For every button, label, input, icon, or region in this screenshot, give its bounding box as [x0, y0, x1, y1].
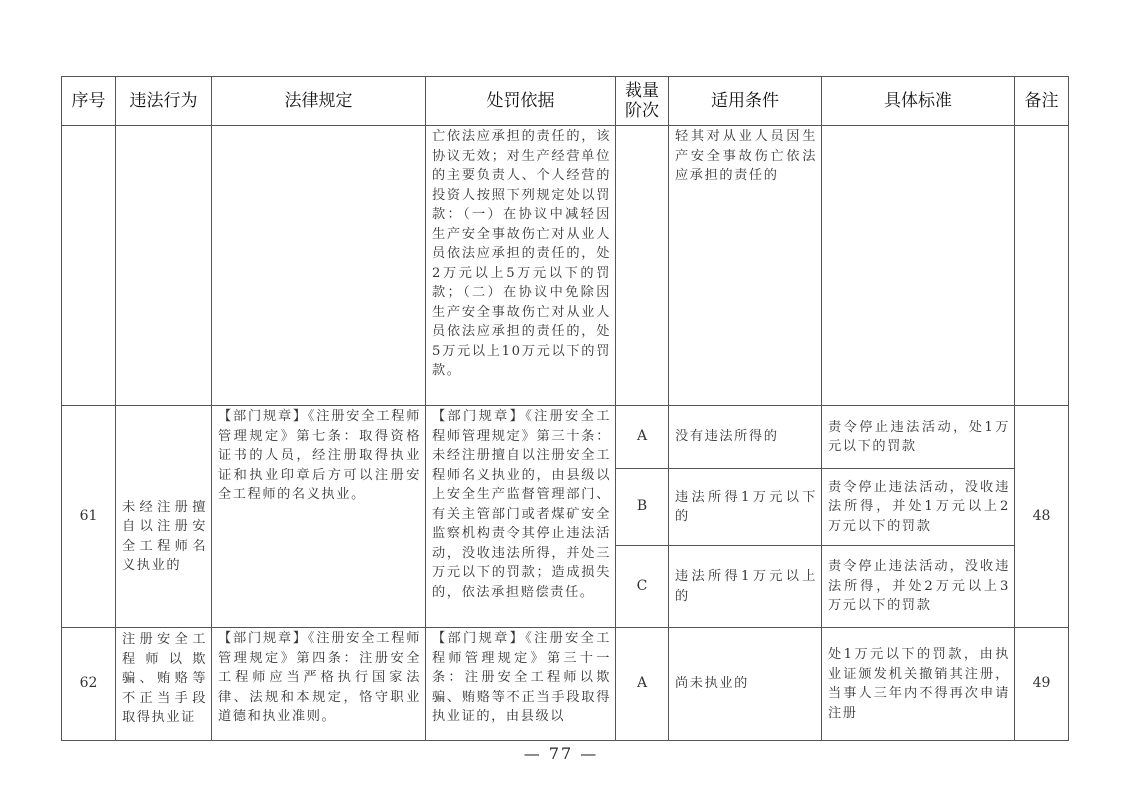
standard-text: 责令停止违法活动，没收违法所得，并处1万元以上2万元以下的罚款 [822, 478, 1014, 537]
violation-text: 未经注册擅自以注册安全工程师名义执业的 [116, 458, 211, 576]
cell-regulation: 【部门规章】《注册安全工程师管理规定》第四条：注册安全工程师应当严格执行国家法律… [212, 628, 426, 741]
cell-basis: 【部门规章】《注册安全工程师管理规定》第三十条：未经注册擅自以注册安全工程师名义… [426, 406, 616, 628]
cell-level-b: B [616, 469, 669, 546]
table-row-61: 61 未经注册擅自以注册安全工程师名义执业的 【部门规章】《注册安全工程师管理规… [62, 406, 1069, 469]
cell-basis: 【部门规章】《注册安全工程师管理规定》第三十一条：注册安全工程师以欺骗、贿赂等不… [426, 628, 616, 741]
condition-text: 违法所得1万元以下的 [669, 488, 821, 527]
cell-condition-a: 尚未执业的 [669, 628, 822, 741]
cell-condition-b: 违法所得1万元以下的 [669, 469, 822, 546]
cell-basis: 亡依法应承担的责任的，该协议无效；对生产经营单位的主要负责人、个人经营的投资人按… [426, 126, 616, 406]
standard-text: 责令停止违法活动，处1万元以下的罚款 [822, 418, 1014, 457]
table-row-continuation: 亡依法应承担的责任的，该协议无效；对生产经营单位的主要负责人、个人经营的投资人按… [62, 126, 1069, 406]
cell-no: 62 [62, 628, 116, 741]
cell-standard-b: 责令停止违法活动，没收违法所得，并处1万元以上2万元以下的罚款 [822, 469, 1015, 546]
header-level-line1: 裁量 [616, 81, 668, 101]
cell-standard-a: 处1万元以下的罚款，由执业证颁发机关撤销其注册，当事人三年内不得再次申请注册 [822, 628, 1015, 741]
cell-standard-a: 责令停止违法活动，处1万元以下的罚款 [822, 406, 1015, 469]
condition-text: 违法所得1万元以上的 [669, 567, 821, 606]
condition-text: 尚未执业的 [669, 674, 821, 694]
basis-text: 【部门规章】《注册安全工程师管理规定》第三十条：未经注册擅自以注册安全工程师名义… [426, 406, 615, 602]
cell-regulation: 【部门规章】《注册安全工程师管理规定》第七条：取得资格证书的人员，经注册取得执业… [212, 406, 426, 628]
cell-no: 61 [62, 406, 116, 628]
standard-text: 责令停止违法活动，没收违法所得，并处2万元以上3万元以下的罚款 [822, 557, 1014, 616]
header-standard: 具体标准 [822, 77, 1015, 126]
cell-condition: 轻其对从业人员因生产安全事故伤亡依法应承担的责任的 [669, 126, 822, 406]
table-row-62: 62 注册安全工程师以欺骗、贿赂等不正当手段取得执业证 【部门规章】《注册安全工… [62, 628, 1069, 741]
regulation-text: 【部门规章】《注册安全工程师管理规定》第七条：取得资格证书的人员，经注册取得执业… [212, 406, 425, 505]
cell-condition-c: 违法所得1万元以上的 [669, 546, 822, 628]
header-level: 裁量 阶次 [616, 77, 669, 126]
violation-text: 注册安全工程师以欺骗、贿赂等不正当手段取得执业证 [116, 628, 211, 728]
header-level-line2: 阶次 [616, 101, 668, 121]
cell-remark [1015, 126, 1069, 406]
penalty-discretion-table: 序号 违法行为 法律规定 处罚依据 裁量 阶次 适用条件 具体标准 备注 [61, 76, 1069, 741]
document-page: 序号 违法行为 法律规定 处罚依据 裁量 阶次 适用条件 具体标准 备注 [0, 0, 1122, 793]
basis-text: 【部门规章】《注册安全工程师管理规定》第三十一条：注册安全工程师以欺骗、贿赂等不… [426, 628, 615, 727]
cell-remark: 49 [1015, 628, 1069, 741]
condition-text: 没有违法所得的 [669, 427, 821, 447]
cell-level-c: C [616, 546, 669, 628]
cell-violation [116, 126, 212, 406]
table-header-row: 序号 违法行为 法律规定 处罚依据 裁量 阶次 适用条件 具体标准 备注 [62, 77, 1069, 126]
header-remark: 备注 [1015, 77, 1069, 126]
cell-remark: 48 [1015, 406, 1069, 628]
cell-violation: 注册安全工程师以欺骗、贿赂等不正当手段取得执业证 [116, 628, 212, 741]
standard-text: 处1万元以下的罚款，由执业证颁发机关撤销其注册，当事人三年内不得再次申请注册 [822, 645, 1014, 723]
cell-no [62, 126, 116, 406]
header-regulation: 法律规定 [212, 77, 426, 126]
header-basis: 处罚依据 [426, 77, 616, 126]
page-number: — 77 — [0, 744, 1122, 763]
cell-standard-c: 责令停止违法活动，没收违法所得，并处2万元以上3万元以下的罚款 [822, 546, 1015, 628]
cell-violation: 未经注册擅自以注册安全工程师名义执业的 [116, 406, 212, 628]
cell-regulation [212, 126, 426, 406]
cell-level-a: A [616, 628, 669, 741]
cell-level-a: A [616, 406, 669, 469]
cell-standard [822, 126, 1015, 406]
header-violation: 违法行为 [116, 77, 212, 126]
header-condition: 适用条件 [669, 77, 822, 126]
header-no: 序号 [62, 77, 116, 126]
regulation-text: 【部门规章】《注册安全工程师管理规定》第四条：注册安全工程师应当严格执行国家法律… [212, 628, 425, 727]
cell-condition-a: 没有违法所得的 [669, 406, 822, 469]
condition-text: 轻其对从业人员因生产安全事故伤亡依法应承担的责任的 [669, 126, 821, 186]
basis-text: 亡依法应承担的责任的，该协议无效；对生产经营单位的主要负责人、个人经营的投资人按… [426, 126, 615, 381]
cell-level [616, 126, 669, 406]
